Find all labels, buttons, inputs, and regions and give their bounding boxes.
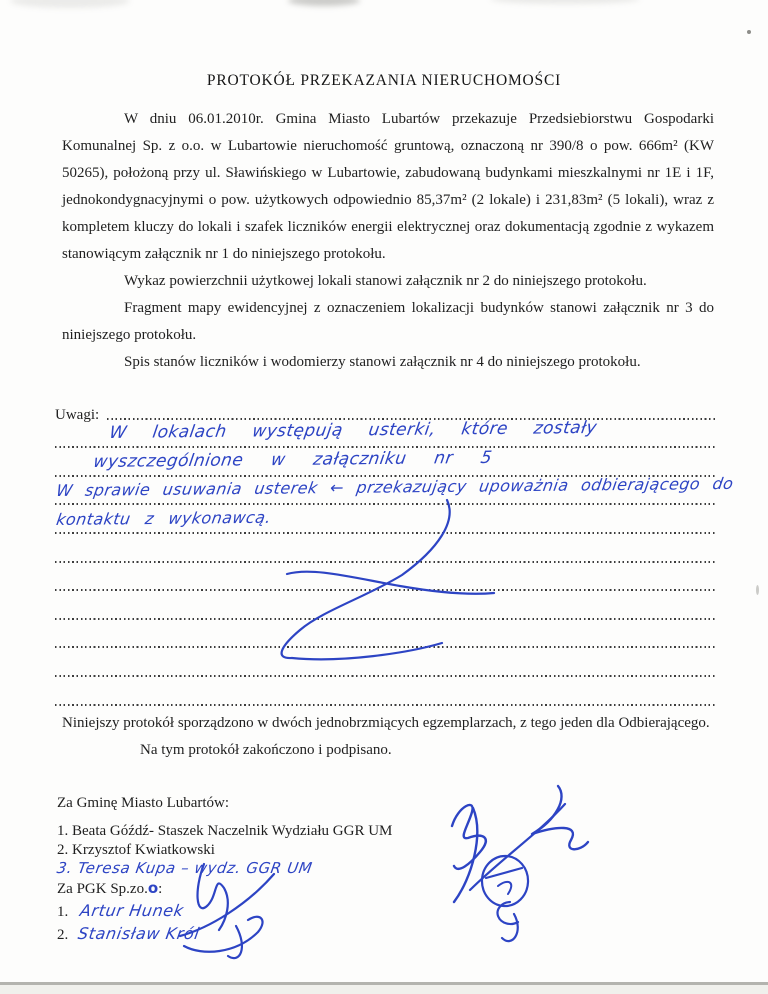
closing-text: Niniejszy protokół sporządzono w dwóch j… — [62, 710, 714, 764]
paragraph-annex3: Fragment mapy ewidencyjnej z oznaczeniem… — [62, 295, 714, 349]
scan-smudge-top-left — [10, 0, 130, 8]
dotted-row — [55, 682, 715, 711]
scanned-protocol-page: PROTOKÓŁ PRZEKAZANIA NIERUCHOMOŚCI W dni… — [0, 0, 768, 994]
closing-paragraph: Niniejszy protokół sporządzono w dwóch j… — [62, 710, 714, 737]
pgk-number-1: 1. — [57, 904, 68, 920]
dotted-line — [55, 446, 715, 448]
scan-smudge-top-right — [490, 0, 640, 4]
scan-bottom-margin — [0, 985, 768, 994]
gmina-signer-1: 1. Beata Góźdź- Staszek Naczelnik Wydzia… — [57, 822, 477, 841]
pgk-heading-ink-o: o — [148, 879, 158, 897]
signature-cluster-right — [428, 782, 613, 957]
scan-speck-right-top — [747, 30, 751, 34]
handwritten-remark-line4: kontaktu z wykonawcą. — [55, 508, 272, 529]
dotted-line — [55, 704, 715, 706]
pgk-heading-colon: : — [158, 881, 162, 897]
paragraph-annex2: Wykaz powierzchnii użytkowej lokali stan… — [62, 268, 714, 295]
paragraph-annex4: Spis stanów liczników i wodomierzy stano… — [62, 349, 714, 376]
signature-cluster-pgk — [172, 858, 290, 972]
paragraph-transfer: W dniu 06.01.2010r. Gmina Miasto Lubartó… — [62, 106, 714, 268]
document-title: PROTOKÓŁ PRZEKAZANIA NIERUCHOMOŚCI — [0, 72, 768, 90]
scan-smudge-top-center — [288, 0, 360, 6]
handwritten-artur-hunek: Artur Hunek — [79, 902, 186, 921]
pgk-number-2: 2. — [57, 927, 68, 943]
pen-flourish-strikeout — [250, 487, 510, 672]
dotted-line — [55, 675, 715, 677]
gmina-signer-2: 2. Krzysztof Kwiatkowski — [57, 841, 477, 860]
scan-speck-right-mid — [756, 585, 759, 595]
closing-signed-line: Na tym protokół zakończono i podpisano. — [62, 737, 714, 764]
handwritten-remark-line2: wyszczególnione w załączniku nr 5 — [92, 448, 493, 472]
body-text: W dniu 06.01.2010r. Gmina Miasto Lubartó… — [62, 106, 714, 376]
remarks-label: Uwagi: — [55, 407, 101, 424]
gmina-heading: Za Gminę Miasto Lubartów: — [57, 795, 477, 812]
pgk-heading-text: Za PGK Sp.zo. — [57, 881, 148, 897]
